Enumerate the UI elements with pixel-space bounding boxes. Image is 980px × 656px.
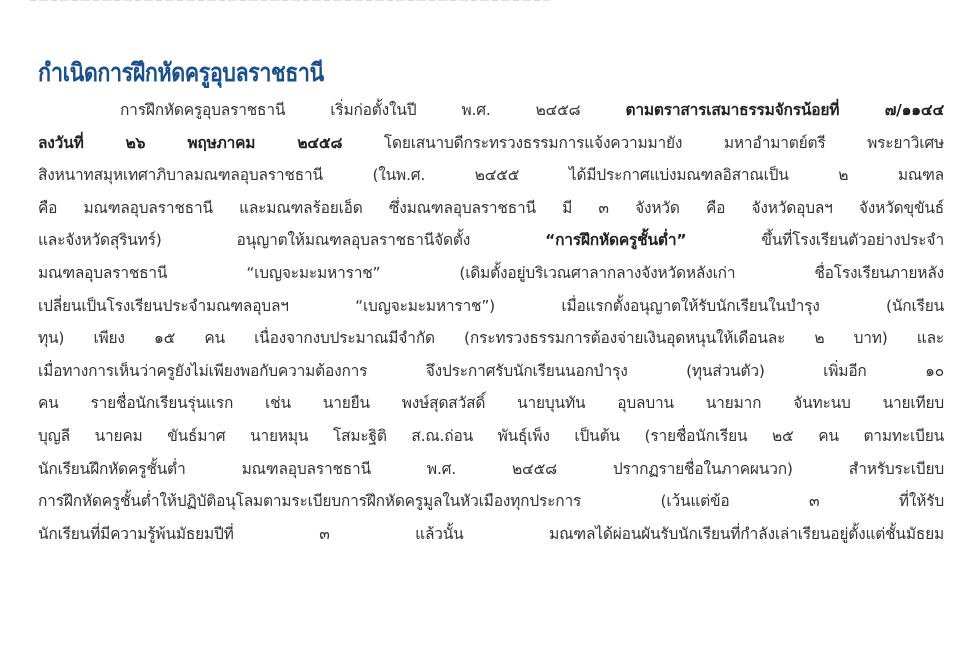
line-text: การฝึกหัดครูอุบลราชธานี เริ่มก่อตั้งในปี… xyxy=(120,101,625,119)
document-page: กำเนิดการฝึกหัดครูอุบลราชธานี การฝึกหัดค… xyxy=(38,56,944,550)
paragraph-line-7: เปลี่ยนเป็นโรงเรียนประจำมณฑลอุบลฯ “เบญจะ… xyxy=(38,290,944,323)
paragraph-line-8: ทุน) เพียง ๑๕ คน เนื่องจากงบประมาณมีจำกั… xyxy=(38,322,944,355)
paragraph-line-10: คน รายชื่อนักเรียนรุ่นแรก เช่น นายยืน พง… xyxy=(38,387,944,420)
paragraph-line-5: และจังหวัดสุรินทร์) อนุญาตให้มณฑลอุบลราช… xyxy=(38,224,944,257)
previous-page-text-cutoff xyxy=(30,0,550,2)
line-text: นักเรียนที่มีความรู้พ้นมัธยมปีที่ ๓ แล้ว… xyxy=(38,525,944,543)
line-text: ทุน) เพียง ๑๕ คน เนื่องจากงบประมาณมีจำกั… xyxy=(38,329,944,347)
history-paragraph: การฝึกหัดครูอุบลราชธานี เริ่มก่อตั้งในปี… xyxy=(38,94,944,550)
paragraph-line-11: บุญลี นายคม ขันธ์มาศ นายหมุน โสมะฐิติ ส.… xyxy=(38,420,944,453)
cutoff-text-line xyxy=(30,0,550,1)
line-text: สิงหนาทสมุหเทศาภิบาลมณฑลอุบลราชธานี (ในพ… xyxy=(38,166,944,184)
line-text: คน รายชื่อนักเรียนรุ่นแรก เช่น นายยืน พง… xyxy=(38,394,944,412)
section-title: กำเนิดการฝึกหัดครูอุบลราชธานี xyxy=(38,56,817,90)
line-text: มณฑลอุบลราชธานี “เบญจะมะมหาราช” (เดิมตั้… xyxy=(38,264,944,282)
line-text: เปลี่ยนเป็นโรงเรียนประจำมณฑลอุบลฯ “เบญจะ… xyxy=(38,297,944,315)
line-text: ขึ้นที่โรงเรียนตัวอย่างประจำ xyxy=(686,231,944,249)
paragraph-line-12: นักเรียนฝึกหัดครูชั้นต่ำ มณฑลอุบลราชธานี… xyxy=(38,453,944,486)
line-text: คือ มณฑลอุบลราชธานี และมณฑลร้อยเอ็ด ซึ่ง… xyxy=(38,199,944,217)
line-text: บุญลี นายคม ขันธ์มาศ นายหมุน โสมะฐิติ ส.… xyxy=(38,427,944,445)
line-text-bold: ตามตราสารเสมาธรรมจักรน้อยที่ ๗/๑๑๔๔ xyxy=(625,101,944,119)
line-text: โดยเสนาบดีกระทรวงธรรมการแจ้งความมายัง มห… xyxy=(342,134,944,152)
paragraph-line-6: มณฑลอุบลราชธานี “เบญจะมะมหาราช” (เดิมตั้… xyxy=(38,257,944,290)
line-text: และจังหวัดสุรินทร์) อนุญาตให้มณฑลอุบลราช… xyxy=(38,231,545,249)
paragraph-line-4: คือ มณฑลอุบลราชธานี และมณฑลร้อยเอ็ด ซึ่ง… xyxy=(38,192,944,225)
line-text: นักเรียนฝึกหัดครูชั้นต่ำ มณฑลอุบลราชธานี… xyxy=(38,460,944,478)
line-text: การฝึกหัดครูชั้นต่ำให้ปฏิบัติอนุโลมตามระ… xyxy=(38,492,944,510)
line-text-bold: “การฝึกหัดครูชั้นต่ำ” xyxy=(545,231,686,249)
paragraph-line-13: การฝึกหัดครูชั้นต่ำให้ปฏิบัติอนุโลมตามระ… xyxy=(38,485,944,518)
line-text-bold: ลงวันที่ ๒๖ พฤษภาคม ๒๔๕๘ xyxy=(38,134,342,152)
paragraph-line-3: สิงหนาทสมุหเทศาภิบาลมณฑลอุบลราชธานี (ในพ… xyxy=(38,159,944,192)
paragraph-line-14: นักเรียนที่มีความรู้พ้นมัธยมปีที่ ๓ แล้ว… xyxy=(38,518,944,551)
paragraph-line-1: การฝึกหัดครูอุบลราชธานี เริ่มก่อตั้งในปี… xyxy=(38,94,944,127)
paragraph-line-9: เมื่อทางการเห็นว่าครูยังไม่เพียงพอกับควา… xyxy=(38,355,944,388)
line-text: เมื่อทางการเห็นว่าครูยังไม่เพียงพอกับควา… xyxy=(38,362,944,380)
paragraph-line-2: ลงวันที่ ๒๖ พฤษภาคม ๒๔๕๘ โดยเสนาบดีกระทร… xyxy=(38,127,944,160)
